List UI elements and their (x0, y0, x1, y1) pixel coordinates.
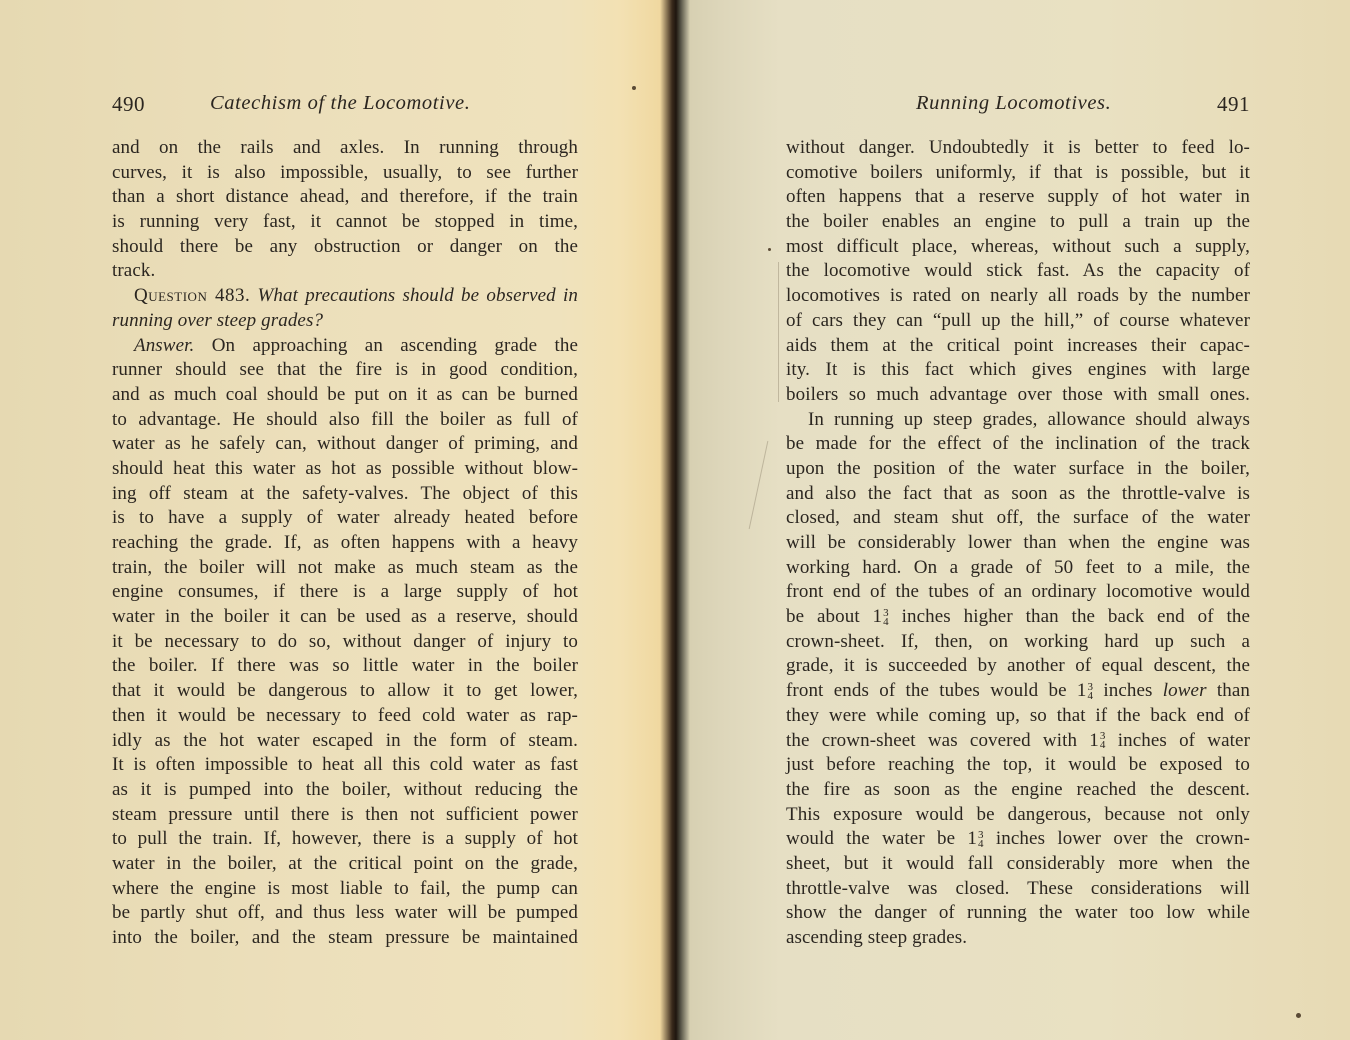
page-number-left: 490 (112, 92, 145, 117)
text-line: It is often impossible to heat all this … (112, 753, 578, 778)
text-line: should heat this water as hot as possibl… (112, 457, 578, 482)
answer-label: Answer. (134, 335, 194, 356)
right-page-body: without danger. Undoubtedly it is better… (786, 136, 1250, 951)
text-line: into the boiler, and the steam pressure … (112, 926, 578, 951)
fraction-denominator: 4 (883, 618, 889, 627)
text-line: runner should see that the fire is in go… (112, 358, 578, 383)
text-line: working hard. On a grade of 50 feet to a… (786, 556, 1250, 581)
text-line: as it is pumped into the boiler, without… (112, 778, 578, 803)
text-line: just before reaching the top, it would b… (786, 753, 1250, 778)
text-line: often happens that a reserve supply of h… (786, 185, 1250, 210)
text-line: and also the fact that as soon as the th… (786, 482, 1250, 507)
text-line: that it would be dangerous to allow it t… (112, 679, 578, 704)
text-line: of cars they can “pull up the hill,” of … (786, 309, 1250, 334)
text-line: is running very fast, it cannot be stopp… (112, 210, 578, 235)
text-line: water as he safely can, without danger o… (112, 432, 578, 457)
question-text-continued: running over steep grades? (112, 309, 578, 334)
fraction-three-quarters: 34 (883, 609, 889, 627)
emphasis-text: lower (1163, 680, 1207, 701)
book-spread: 490 Catechism of the Locomotive. and on … (0, 0, 1350, 1040)
text-line: upon the position of the water surface i… (786, 457, 1250, 482)
pencil-margin-line (749, 441, 769, 529)
text-line: ascending steep grades. (786, 926, 1250, 951)
text-line: ing off steam at the safety-valves. The … (112, 482, 578, 507)
text-line: water in the boiler, at the critical poi… (112, 852, 578, 877)
fraction-denominator: 4 (978, 840, 984, 849)
text-line: and on the rails and axles. In running t… (112, 136, 578, 161)
text-segment: inches (1103, 680, 1152, 701)
text-line: In running up steep grades, allowance sh… (786, 408, 1250, 433)
question-label: Question 483. (134, 285, 250, 306)
text-line: comotive boilers uniformly, if that is p… (786, 161, 1250, 186)
page-number-right: 491 (1217, 92, 1250, 117)
text-line: is to have a supply of water already hea… (112, 506, 578, 531)
left-page-body: and on the rails and axles. In running t… (112, 136, 578, 951)
text-line: throttle-valve was closed. These conside… (786, 877, 1250, 902)
text-line: the boiler enables an engine to pull a t… (786, 210, 1250, 235)
text-line: curves, it is also impossible, usually, … (112, 161, 578, 186)
text-line: it be necessary to do so, without danger… (112, 630, 578, 655)
text-line: front end of the tubes of an ordinary lo… (786, 580, 1250, 605)
text-line: than a short distance ahead, and therefo… (112, 185, 578, 210)
paper-speck (632, 86, 636, 90)
text-line: will be considerably lower than when the… (786, 531, 1250, 556)
text-segment: than (1217, 680, 1250, 701)
text-line: closed, and steam shut off, the surface … (786, 506, 1250, 531)
answer-text: On approaching an ascending grade the (212, 335, 578, 356)
text-line: be partly shut off, and thus less water … (112, 901, 578, 926)
text-line: the fire as soon as the engine reached t… (786, 778, 1250, 803)
fraction-denominator: 4 (1100, 741, 1106, 750)
fraction-three-quarters: 34 (1100, 732, 1106, 750)
text-line: where the engine is most liable to fail,… (112, 877, 578, 902)
running-title-left: Catechism of the Locomotive. (210, 92, 470, 115)
text-line: to advantage. He should also fill the bo… (112, 408, 578, 433)
text-line-with-fraction: would the water be 134 inches lower over… (786, 827, 1250, 852)
text-line: ity. It is this fact which gives engines… (786, 358, 1250, 383)
text-line: train, the boiler will not make as much … (112, 556, 578, 581)
text-line: idly as the hot water escaped in the for… (112, 729, 578, 754)
running-title-right: Running Locomotives. (916, 92, 1111, 115)
text-line: crown-sheet. If, then, on working hard u… (786, 630, 1250, 655)
text-line-with-fraction: be about 134 inches higher than the back… (786, 605, 1250, 630)
text-segment: inches of water (1118, 730, 1250, 751)
left-running-head: 490 Catechism of the Locomotive. (112, 92, 578, 122)
text-segment: inches higher than the back end of the (902, 606, 1250, 627)
text-line: track. (112, 259, 578, 284)
text-line: most difficult place, whereas, without s… (786, 235, 1250, 260)
text-line: without danger. Undoubtedly it is better… (786, 136, 1250, 161)
text-line: show the danger of running the water too… (786, 901, 1250, 926)
fraction-denominator: 4 (1087, 692, 1093, 701)
fraction-three-quarters: 34 (978, 831, 984, 849)
text-line: and as much coal should be put on it as … (112, 383, 578, 408)
text-line: to pull the train. If, however, there is… (112, 827, 578, 852)
paper-speck (768, 248, 771, 251)
text-line: water in the boiler it can be used as a … (112, 605, 578, 630)
text-line: steam pressure until there is then not s… (112, 803, 578, 828)
text-line: boilers so much advantage over those wit… (786, 383, 1250, 408)
text-segment: inches lower over the crown- (996, 828, 1250, 849)
text-segment: front ends of the tubes would be 1 (786, 680, 1086, 701)
text-line: engine consumes, if there is a large sup… (112, 580, 578, 605)
answer-first-line: Answer. On approaching an ascending grad… (112, 334, 578, 359)
text-line: locomotives is rated on nearly all roads… (786, 284, 1250, 309)
paper-speck (1296, 1013, 1301, 1018)
text-line: reaching the grade. If, as often happens… (112, 531, 578, 556)
text-segment: would the water be 1 (786, 828, 977, 849)
text-segment: be about 1 (786, 606, 882, 627)
text-line: the boiler. If there was so little water… (112, 654, 578, 679)
text-line: should there be any obstruction or dange… (112, 235, 578, 260)
text-line: then it would be necessary to feed cold … (112, 704, 578, 729)
fraction-three-quarters: 34 (1087, 683, 1093, 701)
text-line: aids them at the critical point increase… (786, 334, 1250, 359)
text-line: be made for the effect of the inclinatio… (786, 432, 1250, 457)
text-line: they were while coming up, so that if th… (786, 704, 1250, 729)
text-line: grade, it is succeeded by another of equ… (786, 654, 1250, 679)
text-line-with-fraction: the crown-sheet was covered with 134 inc… (786, 729, 1250, 754)
pencil-margin-line (778, 262, 779, 402)
text-line-with-fraction: front ends of the tubes would be 134 inc… (786, 679, 1250, 704)
right-running-head: Running Locomotives. 491 (786, 92, 1250, 122)
question-heading: Question 483. What precautions should be… (112, 284, 578, 309)
text-segment: the crown-sheet was covered with 1 (786, 730, 1099, 751)
question-text: What precautions should be observed in (257, 285, 578, 306)
text-line: sheet, but it would fall considerably mo… (786, 852, 1250, 877)
text-line: the locomotive would stick fast. As the … (786, 259, 1250, 284)
text-line: This exposure would be dangerous, becaus… (786, 803, 1250, 828)
